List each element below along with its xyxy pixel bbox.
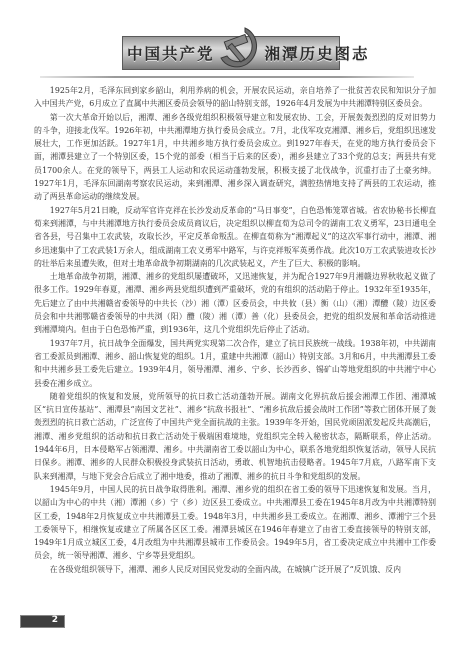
hammer-and-sickle-icon bbox=[215, 26, 265, 70]
banner-title-left: 中国共产党 bbox=[127, 42, 215, 64]
paragraph: 土地革命战争初期，湘潭、湘乡的党组织屡遭破坏，又迅速恢复，并为配合1927年9月… bbox=[34, 270, 436, 336]
paragraph: 1927年5月21日晚，反动军官许克祥在长沙发动反革命的“马日事变”，白色恐怖笼… bbox=[34, 204, 436, 270]
paragraph: 1925年2月，毛泽东回到家乡韶山，利用养病的机会，开展农民运动，亲自培养了一批… bbox=[34, 84, 436, 111]
page-number: 2 bbox=[52, 615, 58, 625]
paragraph: 1937年7月，抗日战争全面爆发，国共两党实现第二次合作，建立了抗日民族统一战线… bbox=[34, 337, 436, 390]
paragraph: 1945年9月，中国人民的抗日战争取得胜利。湘潭、湘乡党的组织在省工委的领导下迅… bbox=[34, 483, 436, 563]
banner-title-right: 湘潭历史图志 bbox=[265, 42, 370, 64]
paragraph: 在各级党组织领导下，湘潭、湘乡人民反对国民党发动的全面内战，在城镇广泛开展了“反… bbox=[34, 563, 436, 576]
header-banner: 中国共产党 湘潭历史图志 bbox=[122, 36, 340, 70]
article-body: 1925年2月，毛泽东回到家乡韶山，利用养病的机会，开展农民运动，亲自培养了一批… bbox=[34, 84, 436, 576]
page-number-tab: 2 bbox=[20, 615, 65, 628]
header-divider bbox=[40, 76, 414, 78]
paragraph: 随着党组织的恢复和发展，党所领导的抗日救亡活动蓬勃开展。湖南文化界抗敌后援会湘潭… bbox=[34, 390, 436, 483]
paragraph: 第一次大革命开始以后，湘潭、湘乡各级党组织积极领导建立和发展农协、工会，开展轰轰… bbox=[34, 111, 436, 204]
